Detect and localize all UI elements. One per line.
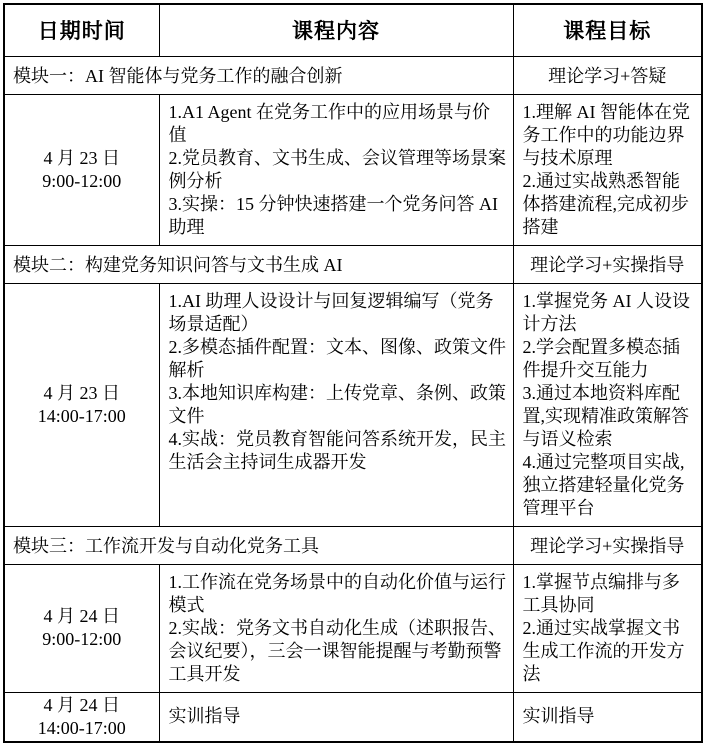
module-row-3: 模块三：工作流开发与自动化党务工具 理论学习+实操指导: [4, 526, 702, 564]
session-3-datetime: 4 月 24 日 9:00-12:00: [4, 564, 159, 692]
session-2-content: 1.AI 助理人设设计与回复逻辑编写（党务场景适配） 2.多模态插件配置：文本、…: [159, 283, 513, 526]
session-4-goal: 实训指导: [513, 692, 702, 742]
session-4-datetime: 4 月 24 日 14:00-17:00: [4, 692, 159, 742]
header-course-content: 课程内容: [159, 4, 513, 56]
session-1-content: 1.A1 Agent 在党务工作中的应用场景与价值 2.党员教育、文书生成、会议…: [159, 94, 513, 245]
session-3-content: 1.工作流在党务场景中的自动化价值与运行模式 2.实战：党务文书自动化生成（述职…: [159, 564, 513, 692]
session-1-goal: 1.理解 AI 智能体在党务工作中的功能边界与技术原理 2.通过实战熟悉智能体搭…: [513, 94, 702, 245]
session-1-datetime: 4 月 23 日 9:00-12:00: [4, 94, 159, 245]
module-3-title: 模块三：工作流开发与自动化党务工具: [4, 526, 513, 564]
header-datetime: 日期时间: [4, 4, 159, 56]
session-row-4: 4 月 24 日 14:00-17:00 实训指导 实训指导: [4, 692, 702, 742]
module-1-title: 模块一：AI 智能体与党务工作的融合创新: [4, 56, 513, 94]
module-1-goal: 理论学习+答疑: [513, 56, 702, 94]
session-row-2: 4 月 23 日 14:00-17:00 1.AI 助理人设设计与回复逻辑编写（…: [4, 283, 702, 526]
module-row-2: 模块二：构建党务知识问答与文书生成 AI 理论学习+实操指导: [4, 245, 702, 283]
course-schedule-table: 日期时间 课程内容 课程目标 模块一：AI 智能体与党务工作的融合创新 理论学习…: [3, 3, 703, 743]
session-4-content: 实训指导: [159, 692, 513, 742]
session-3-goal: 1.掌握节点编排与多工具协同 2.通过实战掌握文书生成工作流的开发方法: [513, 564, 702, 692]
session-row-1: 4 月 23 日 9:00-12:00 1.A1 Agent 在党务工作中的应用…: [4, 94, 702, 245]
module-row-1: 模块一：AI 智能体与党务工作的融合创新 理论学习+答疑: [4, 56, 702, 94]
module-2-goal: 理论学习+实操指导: [513, 245, 702, 283]
session-2-goal: 1.掌握党务 AI 人设设计方法 2.学会配置多模态插件提升交互能力 3.通过本…: [513, 283, 702, 526]
header-row: 日期时间 课程内容 课程目标: [4, 4, 702, 56]
module-3-goal: 理论学习+实操指导: [513, 526, 702, 564]
header-course-goal: 课程目标: [513, 4, 702, 56]
session-row-3: 4 月 24 日 9:00-12:00 1.工作流在党务场景中的自动化价值与运行…: [4, 564, 702, 692]
session-2-datetime: 4 月 23 日 14:00-17:00: [4, 283, 159, 526]
module-2-title: 模块二：构建党务知识问答与文书生成 AI: [4, 245, 513, 283]
